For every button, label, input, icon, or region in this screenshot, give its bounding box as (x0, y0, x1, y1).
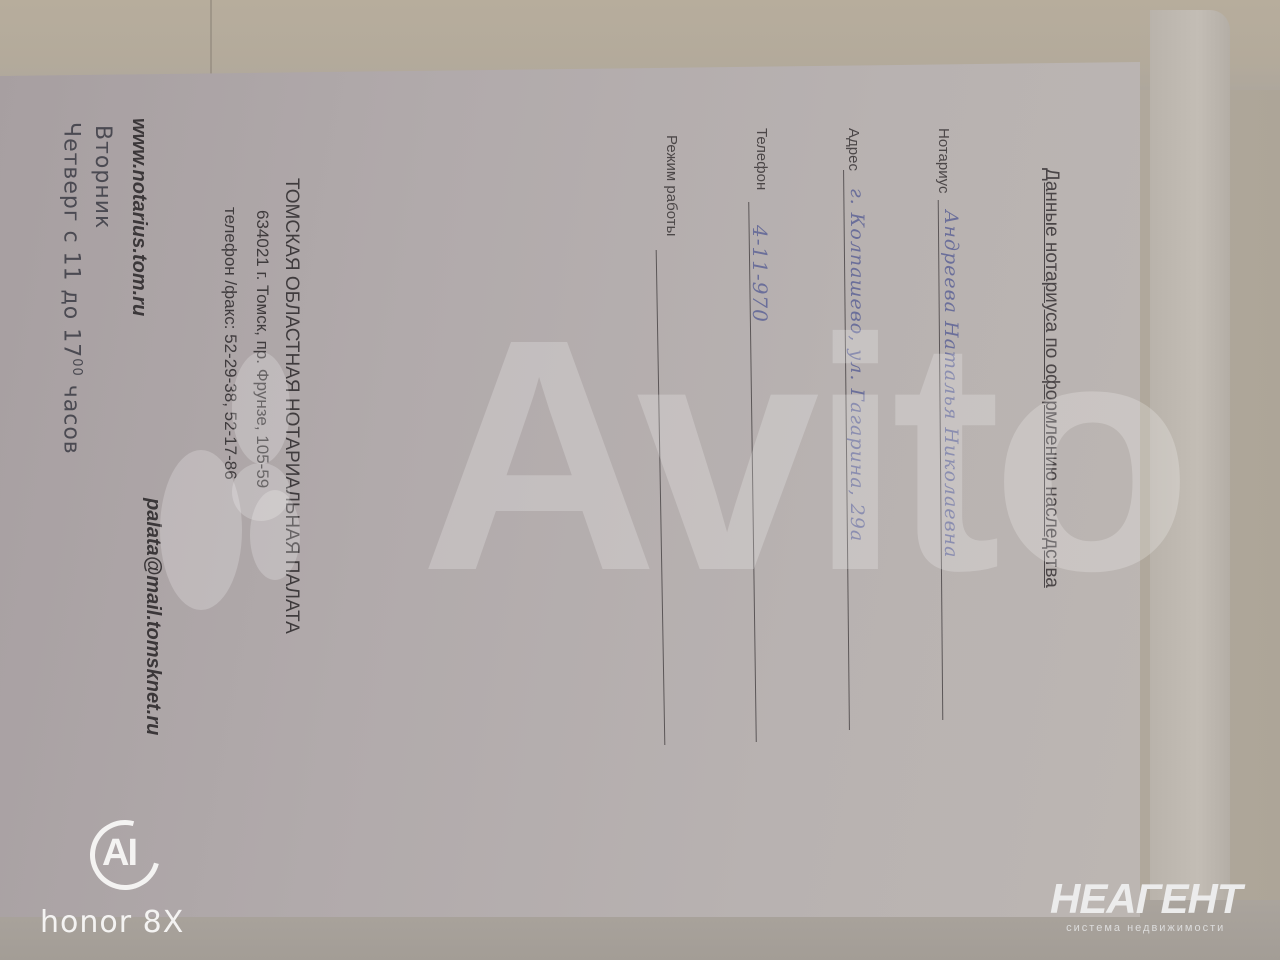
avito-watermark-text: Avito (420, 270, 1183, 639)
handwritten-day-2: Четверг (59, 122, 84, 222)
camera-brand-text: honor 8X (40, 905, 184, 940)
agency-watermark: НЕАГЕНТ система недвижимости (1050, 878, 1241, 934)
handwritten-time-sup: 00 (69, 358, 84, 377)
address-label: Адрес (845, 128, 862, 171)
website-link: www.notarius.tom.ru (127, 118, 150, 316)
agency-tagline: система недвижимости (1050, 922, 1241, 934)
handwritten-day-1: Вторник (90, 125, 115, 229)
agency-name: НЕАГЕНТ (1050, 878, 1241, 920)
handwritten-time: с 11 до 17 (59, 230, 84, 358)
hours-label: Режим работы (663, 135, 680, 236)
handwritten-suffix: часов (59, 385, 84, 455)
avito-watermark: Avito (420, 290, 1183, 620)
phone-label: Телефон (753, 128, 770, 190)
handwritten-day-2-hours: Четверг с 11 до 1700 часов (59, 122, 84, 455)
notary-label: Нотариус (935, 128, 952, 193)
ai-badge-text: AI (102, 832, 136, 875)
